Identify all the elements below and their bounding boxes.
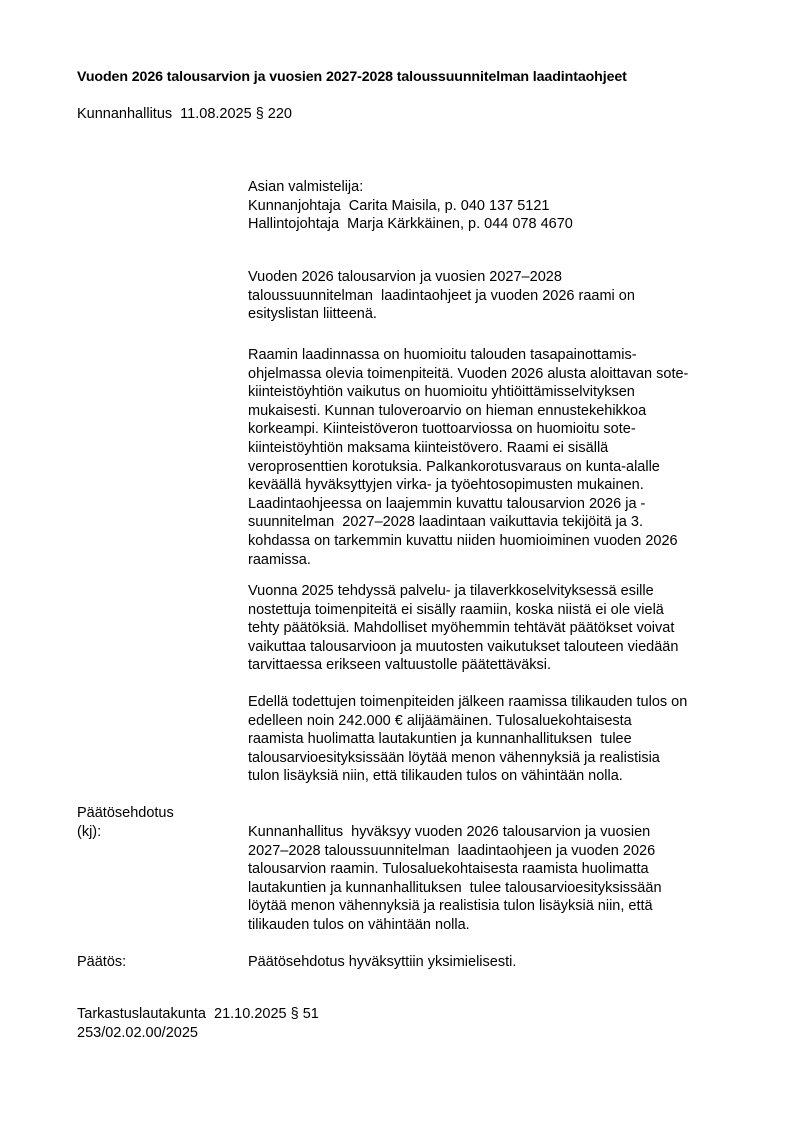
text-line: taloussuunnitelman laadintaohjeet ja vuo… <box>248 287 748 306</box>
text-line: Vuonna 2025 tehdyssä palvelu- ja tilaver… <box>248 582 748 601</box>
text-line: nostettuja toimenpiteitä ei sisälly raam… <box>248 601 748 620</box>
text-line: tehty päätöksiä. Mahdolliset myöhemmin t… <box>248 619 748 638</box>
proposal-label-line: (kj): <box>77 823 174 842</box>
paragraph: Raamin laadinnassa on huomioitu talouden… <box>248 346 748 569</box>
footer-meeting: Tarkastuslautakunta 21.10.2025 § 51 <box>77 1005 319 1024</box>
preparer-info: Asian valmistelija: Kunnanjohtaja Carita… <box>248 178 748 234</box>
text-line: löytää menon vähennyksiä ja realistisia … <box>248 897 748 916</box>
text-line: tarvittaessa erikseen valtuustolle pääte… <box>248 656 748 675</box>
document-page: Vuoden 2026 talousarvion ja vuosien 2027… <box>0 0 794 1122</box>
text-line: talousarvioesityksissään löytää menon vä… <box>248 749 748 768</box>
text-line: Edellä todettujen toimenpiteiden jälkeen… <box>248 693 748 712</box>
text-line: Kunnanhallitus hyväksyy vuoden 2026 talo… <box>248 823 748 842</box>
proposal-label-line: Päätösehdotus <box>77 804 174 823</box>
text-line: talousarvion raamin. Tulosaluekohtaisest… <box>248 860 748 879</box>
text-line: kohdassa on tarkemmin kuvattu niiden huo… <box>248 532 748 551</box>
text-line: Raamin laadinnassa on huomioitu talouden… <box>248 346 748 365</box>
paragraph: Vuoden 2026 talousarvion ja vuosien 2027… <box>248 268 748 324</box>
document-title: Vuoden 2026 talousarvion ja vuosien 2027… <box>77 69 627 85</box>
text-line: vaikuttaa talousarvioon ja muutosten vai… <box>248 638 748 657</box>
preparer-heading: Asian valmistelija: <box>248 178 748 197</box>
text-line: tulon lisäyksiä niin, että tilikauden tu… <box>248 767 748 786</box>
text-line: Päätösehdotus hyväksyttiin yksimielisest… <box>248 953 748 972</box>
decision-label: Päätös: <box>77 953 126 972</box>
footer-record-number: 253/02.02.00/2025 <box>77 1024 319 1043</box>
footer-reference: Tarkastuslautakunta 21.10.2025 § 51 253/… <box>77 1005 319 1042</box>
text-line: 2027–2028 taloussuunnitelman laadintaohj… <box>248 842 748 861</box>
preparer-line: Kunnanjohtaja Carita Maisila, p. 040 137… <box>248 197 748 216</box>
proposal-label: Päätösehdotus (kj): <box>77 804 174 841</box>
paragraph: Vuonna 2025 tehdyssä palvelu- ja tilaver… <box>248 582 748 675</box>
preparer-line: Hallintojohtaja Marja Kärkkäinen, p. 044… <box>248 215 748 234</box>
text-line: kiinteistöyhtiön vaikutus on huomioitu y… <box>248 383 748 402</box>
text-line: esityslistan liitteenä. <box>248 305 748 324</box>
text-line: tilikauden tulos on vähintään nolla. <box>248 916 748 935</box>
text-line: ohjelmassa olevia toimenpiteitä. Vuoden … <box>248 365 748 384</box>
text-line: keväällä hyväksyttyjen virka- ja työehto… <box>248 476 748 495</box>
text-line: suunnitelman 2027–2028 laadintaan vaikut… <box>248 513 748 532</box>
text-line: Laadintaohjeessa on laajemmin kuvattu ta… <box>248 495 748 514</box>
text-line: raamissa. <box>248 551 748 570</box>
text-line: veroprosenttien korotuksia. Palkankorotu… <box>248 458 748 477</box>
text-line: Vuoden 2026 talousarvion ja vuosien 2027… <box>248 268 748 287</box>
text-line: mukaisesti. Kunnan tuloveroarvio on hiem… <box>248 402 748 421</box>
text-line: kiinteistöyhtiön maksama kiinteistövero.… <box>248 439 748 458</box>
text-line: korkeampi. Kiinteistöveron tuottoarvioss… <box>248 420 748 439</box>
text-line: edelleen noin 242.000 € alijäämäinen. Tu… <box>248 712 748 731</box>
decision-proposal: Kunnanhallitus hyväksyy vuoden 2026 talo… <box>248 823 748 935</box>
paragraph: Edellä todettujen toimenpiteiden jälkeen… <box>248 693 748 786</box>
decision-text: Päätösehdotus hyväksyttiin yksimielisest… <box>248 953 748 972</box>
meeting-reference: Kunnanhallitus 11.08.2025 § 220 <box>77 106 292 122</box>
text-line: raamista huolimatta lautakuntien ja kunn… <box>248 730 748 749</box>
text-line: lautakuntien ja kunnanhallituksen tulee … <box>248 879 748 898</box>
